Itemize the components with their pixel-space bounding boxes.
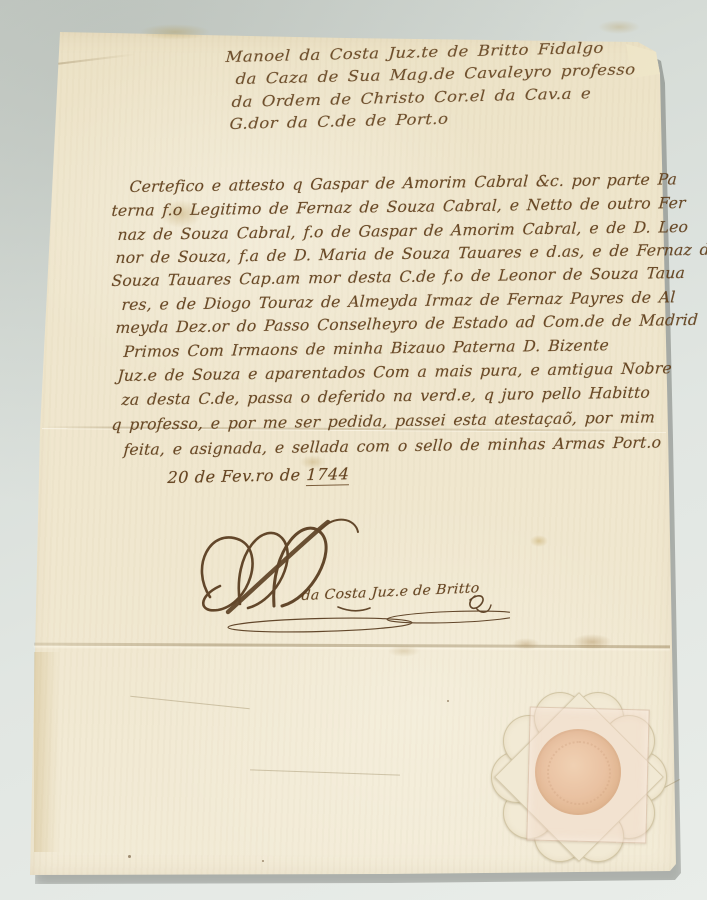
photo-backdrop: Manoel da Costa Juz.te de Britto Fidalgo… <box>0 0 707 900</box>
date-prefix: 20 de Fev.ro de <box>167 465 307 487</box>
stain <box>598 20 640 34</box>
date-line: 20 de Fev.ro de 1744 <box>167 464 350 487</box>
date-year: 1744 <box>306 464 350 486</box>
wax-seal <box>488 692 668 864</box>
seal-cover-square <box>526 706 649 843</box>
